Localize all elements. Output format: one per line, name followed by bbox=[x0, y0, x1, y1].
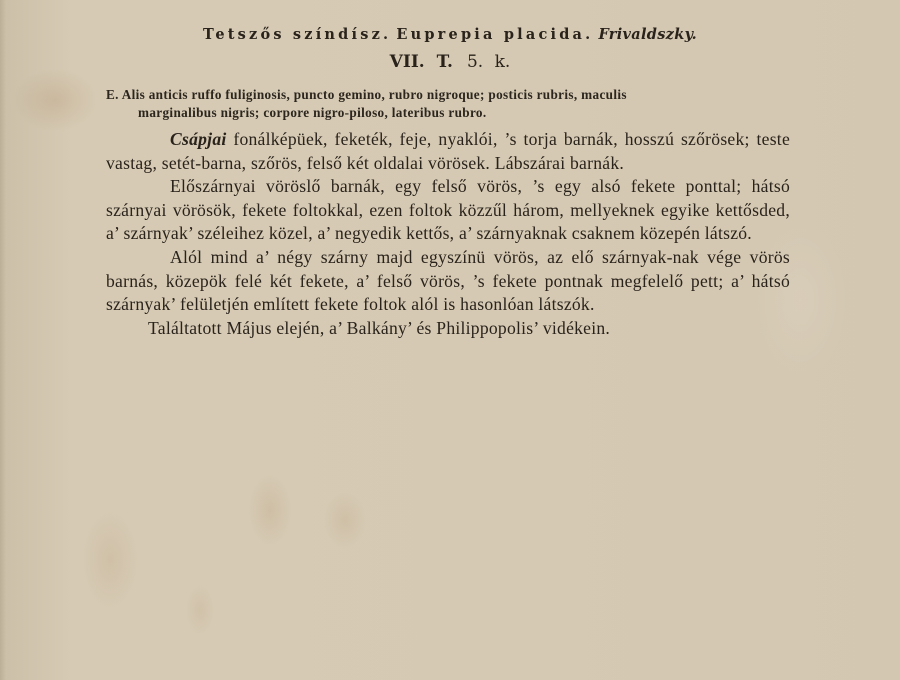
page-edge-shadow bbox=[0, 0, 6, 680]
paragraph-locality: Találtatott Május elején, a’ Balkány’ és… bbox=[106, 317, 790, 341]
paragraph-lead-italic: Csápjai bbox=[170, 129, 227, 149]
description-body: Csápjai fonálképüek, feketék, feje, nyak… bbox=[106, 128, 790, 340]
figure-number: 5. k. bbox=[467, 52, 510, 72]
latin-diagnosis-line-2: marginalibus nigris; corpore nigro-pilos… bbox=[106, 104, 790, 122]
paragraph-text: Előszárnyai vöröslő barnák, egy felső vö… bbox=[106, 176, 790, 243]
paragraph-text: Alól mind a’ négy szárny majd egyszínü v… bbox=[106, 247, 790, 314]
species-heading: Tetszős színdísz. Euprepia placida. Friv… bbox=[0, 26, 900, 43]
latin-name: Euprepia placida. bbox=[396, 26, 593, 43]
paragraph-text: Találtatott Május elején, a’ Balkány’ és… bbox=[148, 318, 610, 338]
plate-label: VII. T. bbox=[390, 52, 453, 72]
paragraph-forewings: Előszárnyai vöröslő barnák, egy felső vö… bbox=[106, 175, 790, 246]
author-name: Frivaldszky. bbox=[598, 26, 697, 43]
latin-diagnosis: E. Alis anticis ruffo fuliginosis, punct… bbox=[106, 86, 790, 122]
hungarian-name: Tetszős színdísz. bbox=[203, 26, 391, 43]
scanned-book-page: Tetszős színdísz. Euprepia placida. Friv… bbox=[0, 0, 900, 680]
latin-diagnosis-line-1: E. Alis anticis ruffo fuliginosis, punct… bbox=[106, 87, 627, 102]
paragraph-underside: Alól mind a’ négy szárny majd egyszínü v… bbox=[106, 246, 790, 317]
paragraph-antennae: Csápjai fonálképüek, feketék, feje, nyak… bbox=[106, 128, 790, 175]
plate-reference: VII. T.5. k. bbox=[0, 52, 900, 72]
